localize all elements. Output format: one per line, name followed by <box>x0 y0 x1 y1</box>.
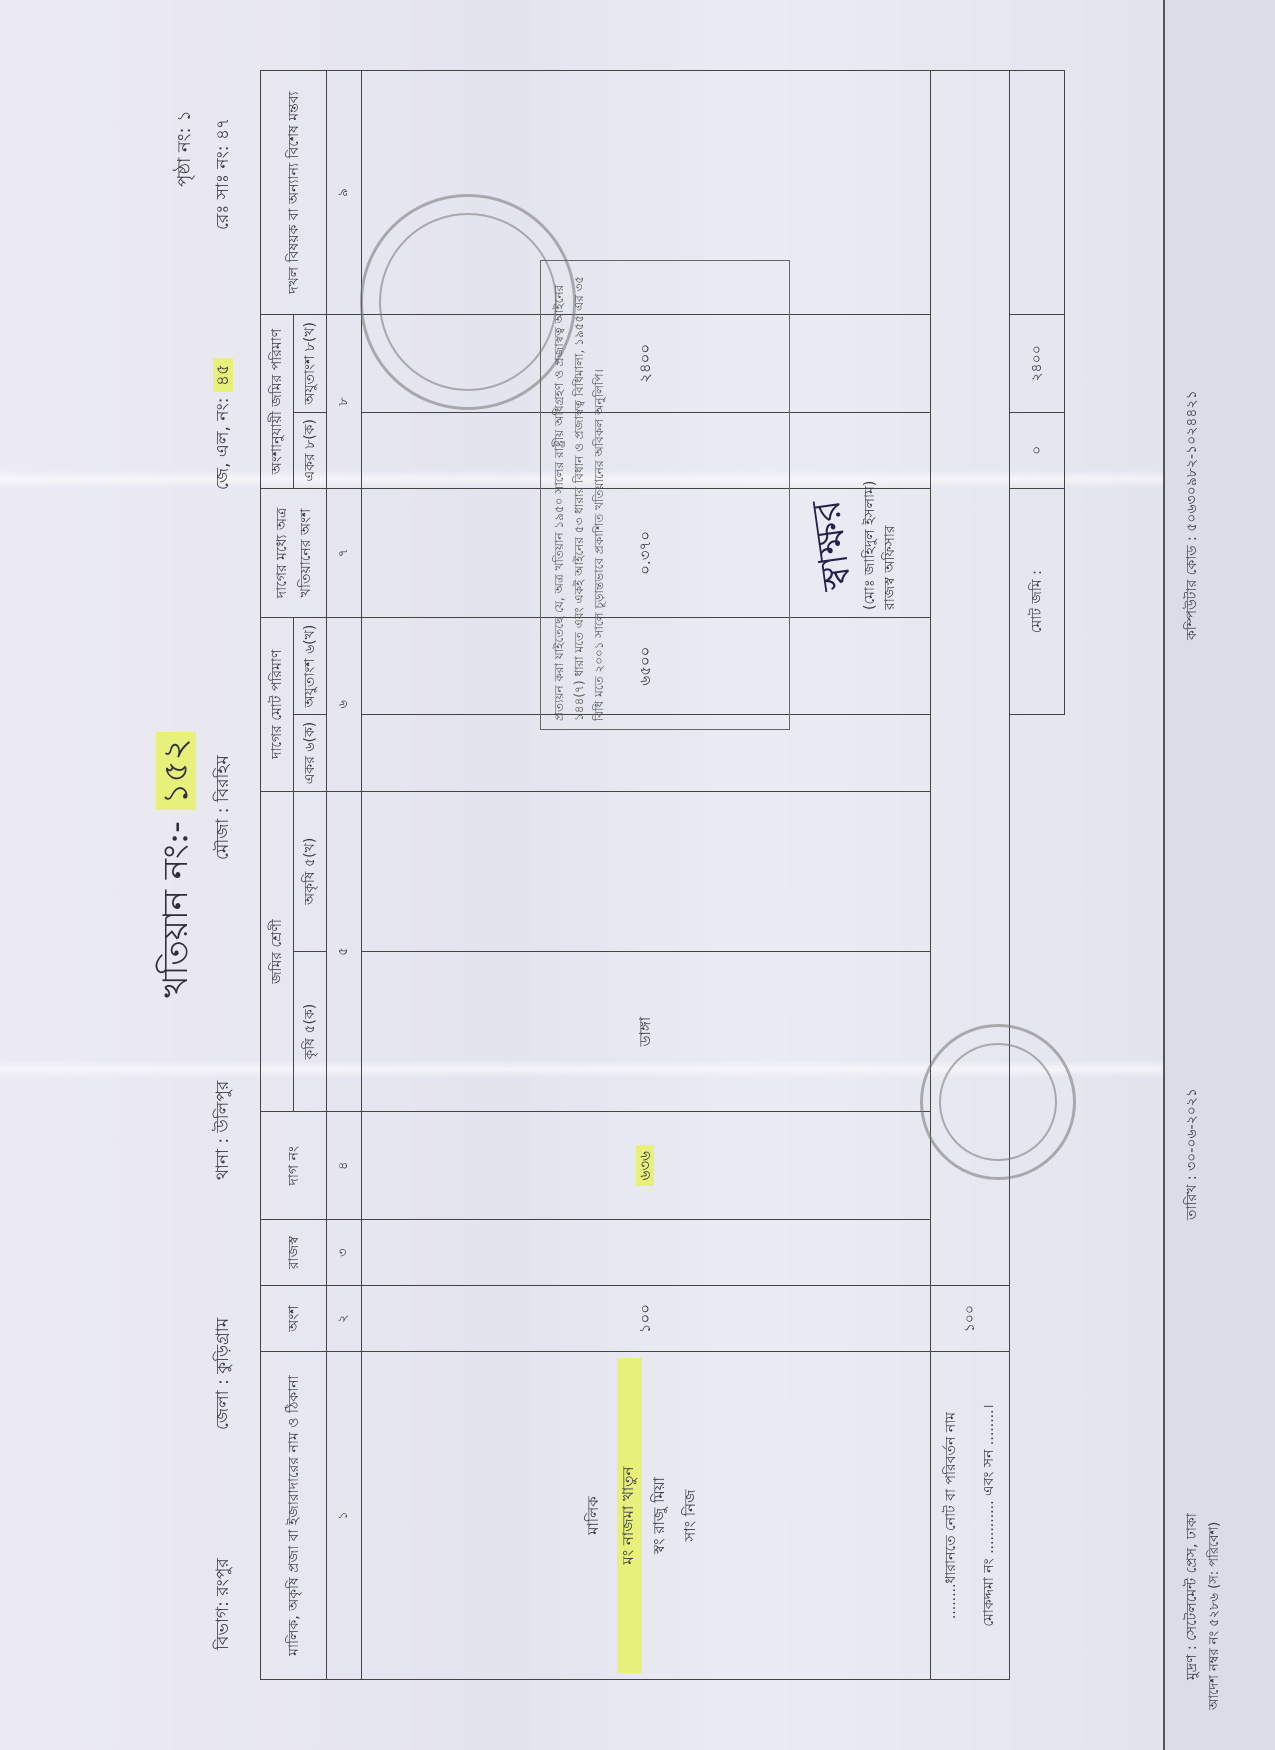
total-land-label: মোট জমি : <box>1010 489 1065 715</box>
share-cell: ১০০ <box>362 1286 931 1352</box>
header-plot-no: দাগ নং <box>261 1112 327 1220</box>
owner-address: সাং নিজ <box>679 1358 704 1673</box>
page-title: খতিয়ান নং:- ১৫২ <box>150 0 207 1740</box>
header-plot-share: দাগের মধ্যে অত্র খতিয়ানের অংশ <box>261 489 327 618</box>
mouza: মৌজা : বিরহিম <box>210 755 238 860</box>
khatian-form: খতিয়ান নং:- ১৫২ পৃষ্ঠা নং: ১ বিভাগ: রংপ… <box>40 0 1220 1740</box>
official-seal <box>920 1024 1076 1180</box>
header-owner: মালিক, অকৃষি প্রজা বা ইজারাদারের নাম ও ঠ… <box>261 1352 327 1680</box>
akrishi-cell <box>362 791 931 951</box>
share-total: ১০০ <box>931 1286 1010 1352</box>
header-plot-ajut: অযুতাংশ ৬(খ) <box>294 617 327 714</box>
header-share-land: অংশানুযায়ী জমির পরিমাণ <box>261 315 294 489</box>
division: বিভাগ: রংপুর <box>210 1558 238 1650</box>
header-akrishi: অকৃষি ৫(খ) <box>294 791 327 951</box>
land-class-cell: ডাঙ্গা <box>362 952 931 1112</box>
footer-row: ........ধারানতে নোট বা পরিবর্তন নাম মোকদ… <box>931 71 1010 1680</box>
district: জেলা : কুড়িগ্রাম <box>210 1318 238 1430</box>
header-remarks: দখল বিষয়ক বা অন্যান্য বিশেষ মন্তব্য <box>261 71 327 315</box>
jl-number: জে, এল, নং: ৪৫ <box>210 358 238 490</box>
total-acre: ০ <box>1010 412 1065 488</box>
officer-block: (মোঃ জাহিদুল ইসলাম) রাজস্ব অফিসার <box>860 481 900 610</box>
header-plot-acre: একর ৬(ক) <box>294 715 327 791</box>
mutation-note: ........ধারানতে নোট বা পরিবর্তন নাম মোকদ… <box>931 1352 1010 1680</box>
print-press: মুদ্রণ : সেটেলমেন্ট প্রেস, ঢাকা <box>1180 1513 1204 1680</box>
header-plot-total: দাগের মোট পরিমাণ <box>261 617 294 791</box>
header-share-ajut: অযুতাংশ ৮(খ) <box>294 315 327 412</box>
owner-father: স্বং রাজু মিয়া <box>648 1358 673 1673</box>
plot-no-cell: ৬৩৬ <box>362 1112 931 1220</box>
header-share-acre: একর ৮(ক) <box>294 412 327 488</box>
header-krishi: কৃষি ৫(ক) <box>294 952 327 1112</box>
revenue-cell <box>362 1220 931 1286</box>
computer-code: কম্পিউটার কোড : ৫০৬৩০৯৮২-১০২৪৪২১ <box>1180 390 1204 640</box>
resa-number: রেঃ সাঃ নং: ৪৭ <box>210 118 238 230</box>
total-row: মোট জমি : ০ ২৪০০ <box>1010 71 1065 1680</box>
owner-name: মং নাজমা খাতুন <box>617 1358 642 1673</box>
owner-cell: মালিক মং নাজমা খাতুন স্বং রাজু মিয়া সাং… <box>362 1352 931 1680</box>
page-number: পৃষ্ঠা নং: ১ <box>170 110 201 187</box>
certification-stamp: প্রত্যয়ন করা যাইতেছে যে, অত্র খতিয়ান ১… <box>540 260 790 730</box>
thana: থানা : উলিপুর <box>210 1081 238 1180</box>
print-date: তারিখ : ৩০-০৬-২০২১ <box>1180 1088 1204 1220</box>
header-land-class: জমির শ্রেণী <box>261 791 294 1112</box>
header-share: অংশ <box>261 1286 327 1352</box>
column-number-row: ১ ২ ৩ ৪ ৫ ৬ ৭ ৮ ৯ <box>327 71 362 1680</box>
order-number: আদেশ নম্বর নং ৫২৮৬ (স: পরিবেশ) <box>1205 1522 1226 1710</box>
khatian-number: ১৫২ <box>156 732 196 810</box>
total-ajut: ২৪০০ <box>1010 315 1065 412</box>
header-revenue: রাজস্ব <box>261 1220 327 1286</box>
